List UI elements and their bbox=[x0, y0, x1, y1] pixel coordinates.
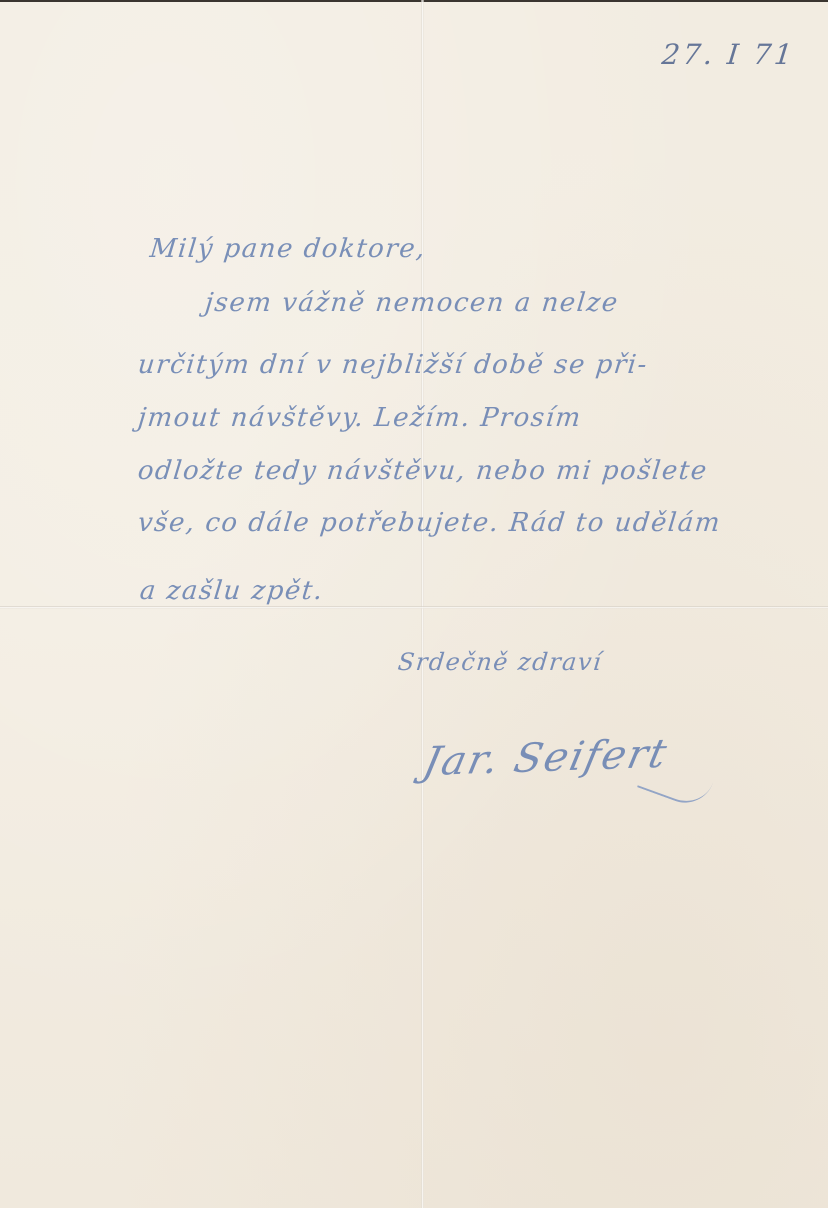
letter-salutation: Milý pane doktore, bbox=[148, 234, 427, 264]
letter-body-line: a zašlu zpět. bbox=[138, 576, 325, 606]
letter-body-line: vše, co dále potřebujete. Rád to udělám bbox=[136, 508, 722, 538]
letter-date: 27. I 71 bbox=[660, 38, 796, 71]
signature: Jar. Seifert bbox=[419, 731, 672, 785]
letter-closing: Srdečně zdraví bbox=[397, 648, 604, 676]
horizontal-fold-crease bbox=[0, 606, 828, 609]
letter-body-line: odložte tedy návštěvu, nebo mi pošlete bbox=[136, 456, 709, 486]
scan-top-edge bbox=[0, 0, 828, 2]
vertical-fold-crease bbox=[421, 0, 424, 1208]
letter-body-line: jmout návštěvy. Ležím. Prosím bbox=[136, 403, 583, 433]
letter-sheet: 27. I 71 Milý pane doktore, jsem vážně n… bbox=[0, 0, 828, 1208]
signature-flourish bbox=[637, 759, 713, 811]
letter-body-line: určitým dní v nejbližší době se při- bbox=[136, 350, 649, 380]
letter-body-line: jsem vážně nemocen a nelze bbox=[203, 288, 620, 318]
